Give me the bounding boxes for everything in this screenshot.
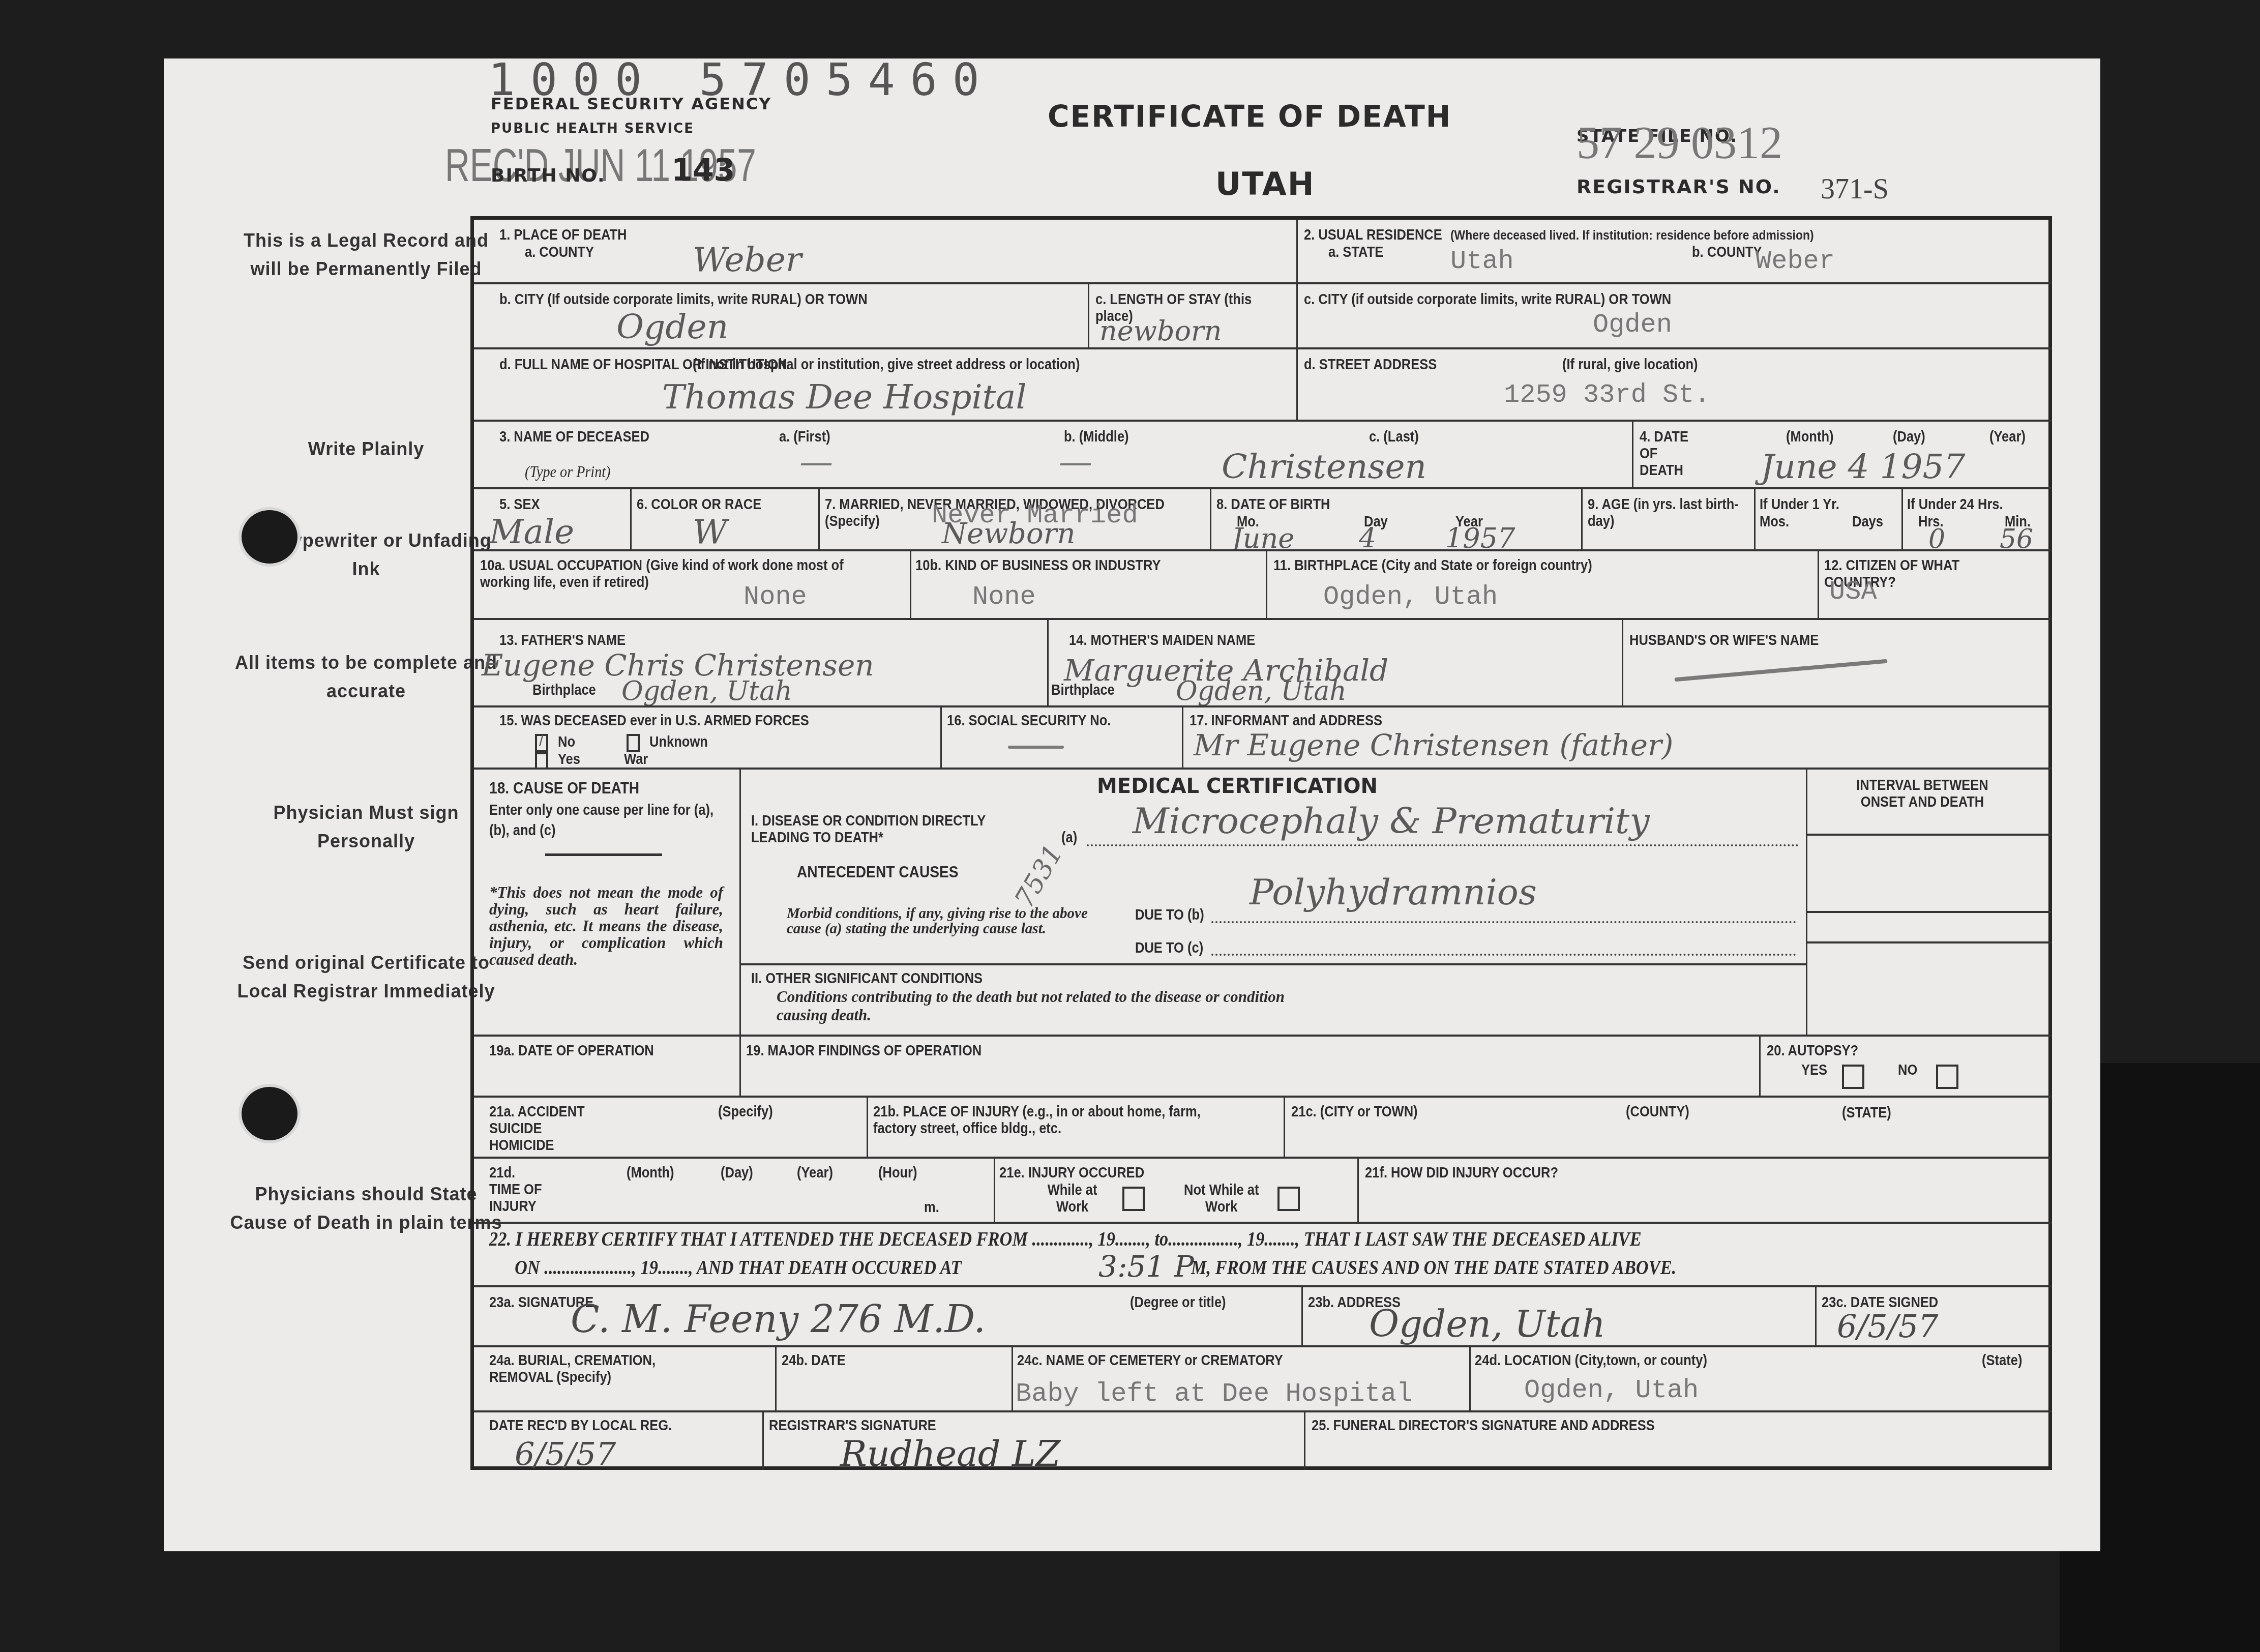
- birth-year: 1957: [1445, 522, 1515, 551]
- mother-birthplace: Ogden, Utah: [1176, 676, 1347, 706]
- field-date-received[interactable]: DATE REC'D BY LOCAL REG. 6/5/57: [474, 1412, 764, 1470]
- field-date-signed[interactable]: 23c. DATE SIGNED 6/5/57: [1817, 1287, 2052, 1347]
- field-medical-certification-part1[interactable]: MEDICAL CERTIFICATION I. DISEASE OR COND…: [741, 770, 1807, 965]
- side-note-physician: Physician Must sign Personally: [229, 799, 503, 855]
- field-cause-of-death-instructions: 18. CAUSE OF DEATH Enter only one cause …: [474, 770, 741, 1037]
- state-title: UTAH: [1215, 165, 1315, 202]
- cause-b-value: Polyhydramnios: [1250, 871, 1537, 913]
- field-spouse[interactable]: HUSBAND'S OR WIFE'S NAME: [1623, 620, 2052, 707]
- age-hours: 0: [1928, 524, 1945, 551]
- field-physician-address[interactable]: 23b. ADDRESS Ogden, Utah: [1303, 1287, 1817, 1347]
- field-injury-occurred[interactable]: 21e. INJURY OCCURED While at Work Not Wh…: [995, 1159, 1359, 1224]
- field-interval-c[interactable]: [1807, 913, 2052, 943]
- age-minutes: 56: [2000, 524, 2033, 551]
- residence-county: Weber: [1756, 246, 1835, 276]
- marital-handwritten: Newborn: [942, 517, 1075, 550]
- birth-no-label: BIRTH NO.: [491, 165, 606, 186]
- autopsy-no-checkbox[interactable]: [1936, 1065, 1958, 1089]
- injury-at-work-checkbox[interactable]: [1122, 1187, 1145, 1211]
- field-time-of-injury[interactable]: 21d. TIME OF INJURY (Month) (Day) (Year)…: [474, 1159, 995, 1224]
- side-note-cause: Physicians should State Cause of Death i…: [229, 1180, 503, 1237]
- spouse-dash: [1674, 659, 1887, 682]
- field-occupation[interactable]: 10a. USUAL OCCUPATION (Give kind of work…: [474, 551, 911, 620]
- field-accident-type[interactable]: 21a. ACCIDENT SUICIDE HOMICIDE (Specify): [474, 1098, 868, 1159]
- field-age-under-24hrs[interactable]: If Under 24 Hrs. Hrs. Min. 0 56: [1903, 489, 2052, 551]
- field-interval-header: INTERVAL BETWEEN ONSET AND DEATH: [1807, 770, 2052, 836]
- field-race[interactable]: 6. COLOR OR RACE W: [632, 489, 820, 551]
- punch-hole: [242, 1087, 298, 1140]
- county-value: Weber: [693, 240, 801, 279]
- field-armed-forces[interactable]: 15. WAS DECEASED ever in U.S. ARMED FORC…: [474, 707, 942, 770]
- field-operation-findings[interactable]: 19. MAJOR FINDINGS OF OPERATION: [741, 1037, 1761, 1098]
- injury-not-at-work-checkbox[interactable]: [1277, 1187, 1300, 1211]
- stay-value: newborn: [1099, 315, 1222, 347]
- death-certificate-form: 1. PLACE OF DEATH a. COUNTY Weber b. CIT…: [470, 216, 2052, 1470]
- father-birthplace: Ogden, Utah: [621, 676, 792, 706]
- residence-city: Ogden: [1593, 310, 1672, 340]
- field-age-years[interactable]: 9. AGE (in yrs. last birth-day): [1583, 489, 1756, 551]
- hospital-value: Thomas Dee Hospital: [662, 377, 1027, 417]
- field-place-city[interactable]: b. CITY (If outside corporate limits, wr…: [474, 284, 1089, 349]
- code-annotation: 7531: [1009, 840, 1069, 913]
- field-residence-state-county[interactable]: 2. USUAL RESIDENCE (Where deceased lived…: [1298, 220, 2052, 284]
- checkbox-yes[interactable]: [535, 752, 548, 770]
- birth-month: June: [1232, 522, 1294, 551]
- registrar-label: REGISTRAR'S NO.: [1577, 175, 1781, 198]
- registrar-no: 371-S: [1821, 173, 1889, 205]
- field-deceased-name[interactable]: 3. NAME OF DECEASED (Type or Print) a. (…: [474, 422, 1633, 489]
- field-informant[interactable]: 17. INFORMANT and ADDRESS Mr Eugene Chri…: [1183, 707, 2052, 770]
- field-autopsy[interactable]: 20. AUTOPSY? YES NO: [1761, 1037, 2052, 1098]
- field-father[interactable]: 13. FATHER'S NAME Eugene Chris Christens…: [474, 620, 1049, 707]
- side-note-write-plainly: Write Plainly: [229, 435, 503, 463]
- industry-value: None: [972, 582, 1036, 612]
- occupation-value: None: [744, 582, 807, 612]
- death-date-value: June 4 1957: [1761, 447, 1965, 486]
- residence-street: 1259 33rd St.: [1504, 380, 1710, 410]
- field-place-county[interactable]: 1. PLACE OF DEATH a. COUNTY Weber: [474, 220, 1298, 284]
- autopsy-yes-checkbox[interactable]: [1842, 1065, 1864, 1089]
- date-received-value: 6/5/57: [515, 1435, 616, 1470]
- agency-name: FEDERAL SECURITY AGENCY: [491, 94, 771, 113]
- citizenship-value: USA: [1829, 577, 1877, 607]
- service-name: PUBLIC HEALTH SERVICE: [491, 121, 694, 136]
- field-sex[interactable]: 5. SEX Male: [474, 489, 632, 551]
- field-marital-status[interactable]: 7. MARRIED, NEVER MARRIED, WIDOWED, DIVO…: [820, 489, 1211, 551]
- field-ssn[interactable]: 16. SOCIAL SECURITY No.: [942, 707, 1183, 770]
- race-value: W: [693, 512, 727, 551]
- side-note-legal: This is a Legal Record and will be Perma…: [229, 226, 503, 283]
- informant-value: Mr Eugene Christensen (father): [1194, 728, 1673, 762]
- field-physician-signature[interactable]: 23a. SIGNATURE (Degree or title) C. M. F…: [474, 1287, 1303, 1347]
- middle-name: —: [1059, 442, 1092, 481]
- field-citizenship[interactable]: 12. CITIZEN OF WHAT COUNTRY? USA: [1819, 551, 2052, 620]
- field-interval-other[interactable]: [1807, 943, 2052, 1037]
- checkbox-no[interactable]: /: [535, 734, 548, 752]
- field-certification-statement: 22. I HEREBY CERTIFY THAT I ATTENDED THE…: [474, 1224, 2052, 1287]
- field-industry[interactable]: 10b. KIND OF BUSINESS OR INDUSTRY None: [911, 551, 1267, 620]
- last-name: Christensen: [1222, 447, 1426, 486]
- field-cemetery[interactable]: 24c. NAME OF CEMETERY or CREMATORY Baby …: [1013, 1347, 1471, 1412]
- field-date-of-operation[interactable]: 19a. DATE OF OPERATION: [474, 1037, 741, 1098]
- side-note-complete: All items to be complete and accurate: [229, 648, 503, 705]
- page-title: CERTIFICATE OF DEATH: [1048, 99, 1451, 134]
- field-burial-location[interactable]: 24d. LOCATION (City,town, or county) (St…: [1471, 1347, 2052, 1412]
- field-burial-type[interactable]: 24a. BURIAL, CREMATION, REMOVAL (Specify…: [474, 1347, 777, 1412]
- field-mother[interactable]: 14. MOTHER'S MAIDEN NAME Marguerite Arch…: [1049, 620, 1623, 707]
- field-date-of-birth[interactable]: 8. DATE OF BIRTH Mo. Day Year June 4 195…: [1211, 489, 1583, 551]
- city-value: Ogden: [616, 307, 728, 346]
- side-note-send: Send original Certificate to Local Regis…: [229, 949, 503, 1006]
- physician-address: Ogden, Utah: [1369, 1303, 1605, 1345]
- cemetery-value: Baby left at Dee Hospital: [1016, 1379, 1412, 1409]
- ssn-dash: [1008, 746, 1064, 749]
- field-age-under-1yr[interactable]: If Under 1 Yr. Mos. Days: [1756, 489, 1903, 551]
- birth-day: 4: [1359, 522, 1376, 551]
- cause-a-value: Microcephaly & Prematurity: [1133, 800, 1650, 842]
- first-name: —: [799, 442, 833, 481]
- field-funeral-director[interactable]: 25. FUNERAL DIRECTOR'S SIGNATURE AND ADD…: [1305, 1412, 2052, 1470]
- state-file-no: 57 29 0312: [1577, 117, 1782, 169]
- time-of-death: 3:51 P: [1098, 1249, 1194, 1284]
- field-burial-date[interactable]: 24b. DATE: [777, 1347, 1013, 1412]
- checkbox-unknown[interactable]: [627, 734, 640, 752]
- birthplace-value: Ogden, Utah: [1323, 582, 1498, 612]
- field-how-injury-occurred[interactable]: 21f. HOW DID INJURY OCCUR?: [1359, 1159, 2052, 1224]
- field-injury-location[interactable]: 21c. (CITY or TOWN) (COUNTY) (STATE): [1285, 1098, 2052, 1159]
- punch-hole: [242, 510, 298, 564]
- registrar-signature: Rudhead LZ: [840, 1433, 1060, 1470]
- physician-signature: C. M. Feeny 276 M.D.: [571, 1297, 986, 1341]
- field-registrar-signature[interactable]: REGISTRAR'S SIGNATURE Rudhead LZ: [764, 1412, 1305, 1470]
- date-signed-value: 6/5/57: [1837, 1308, 1939, 1345]
- field-residence-city[interactable]: c. CITY (if outside corporate limits, wr…: [1298, 284, 2052, 349]
- sex-value: Male: [489, 512, 574, 551]
- field-other-conditions[interactable]: II. OTHER SIGNIFICANT CONDITIONS Conditi…: [741, 965, 1807, 1037]
- location-value: Ogden, Utah: [1524, 1375, 1699, 1405]
- field-interval-b[interactable]: [1807, 836, 2052, 913]
- residence-state: Utah: [1450, 246, 1514, 276]
- field-length-of-stay[interactable]: c. LENGTH OF STAY (this place) newborn: [1089, 284, 1298, 349]
- birth-no: 143: [671, 153, 735, 188]
- field-birthplace[interactable]: 11. BIRTHPLACE (City and State or foreig…: [1267, 551, 1819, 620]
- field-date-of-death[interactable]: 4. DATE OF DEATH (Month) (Day) (Year) Ju…: [1633, 422, 2052, 489]
- field-hospital[interactable]: d. FULL NAME OF HOSPITAL OR INSTITUTION …: [474, 349, 1298, 422]
- field-residence-street[interactable]: d. STREET ADDRESS (If rural, give locati…: [1298, 349, 2052, 422]
- field-place-of-injury[interactable]: 21b. PLACE OF INJURY (e.g., in or about …: [868, 1098, 1285, 1159]
